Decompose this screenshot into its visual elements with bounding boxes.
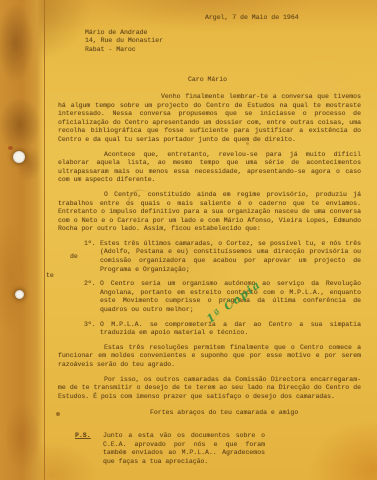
margin-correction-note: te xyxy=(46,272,54,279)
punch-hole xyxy=(13,151,25,163)
list-item: 1º. Estes três últimos camaradas, o Cort… xyxy=(58,240,361,274)
paragraph-3: O Centro, constituído ainda em regime pr… xyxy=(58,191,361,234)
paper-damaged-edge xyxy=(0,0,45,480)
list-item-marker: 2º. xyxy=(84,280,96,289)
ink-speck xyxy=(8,146,13,150)
letter-page: Argel, 7 de Maio de 1964 Mário de Andrad… xyxy=(0,0,377,480)
recipient-street: 14, Rue du Monastier xyxy=(85,37,361,46)
paragraph-1: Venho finalmente lembrar-te a conversa q… xyxy=(58,93,361,145)
margin-correction-note: de xyxy=(70,253,78,260)
recipient-name: Mário de Andrade xyxy=(85,29,361,38)
paragraph-4: Estas três resoluções permitem finalment… xyxy=(58,344,361,370)
postscript-label: P.S. xyxy=(75,432,91,441)
recipient-address: Mário de Andrade 14, Rue du Monastier Ra… xyxy=(85,29,361,55)
list-item-marker: 3º. xyxy=(84,321,96,330)
list-item: 2º. O Centro seria um organismo autónomo… xyxy=(58,280,361,314)
postscript-text: Junto a esta vão os documentos sobre o C… xyxy=(103,432,265,465)
closing-line: Fortes abraços do teu camarada e amigo xyxy=(150,409,361,418)
date-line: Argel, 7 de Maio de 1964 xyxy=(205,14,361,23)
paragraph-5: Por isso, os outros camaradas da Comissã… xyxy=(58,376,361,402)
punch-hole xyxy=(15,290,24,299)
paragraph-2: Acontece que, entretanto, revelou-se par… xyxy=(58,151,361,185)
postscript: P.S. Junto a esta vão os documentos sobr… xyxy=(58,432,265,466)
list-item-text: O M.P.L.A. se comprometeria a dar ao Cen… xyxy=(100,321,361,337)
recipient-city: Rabat - Maroc xyxy=(85,46,361,55)
salutation: Caro Mário xyxy=(188,76,361,85)
list-item-text: Estes três últimos camaradas, o Cortez, … xyxy=(100,240,361,273)
list-item-marker: 1º. xyxy=(84,240,96,249)
letter-body: Argel, 7 de Maio de 1964 Mário de Andrad… xyxy=(58,14,361,466)
